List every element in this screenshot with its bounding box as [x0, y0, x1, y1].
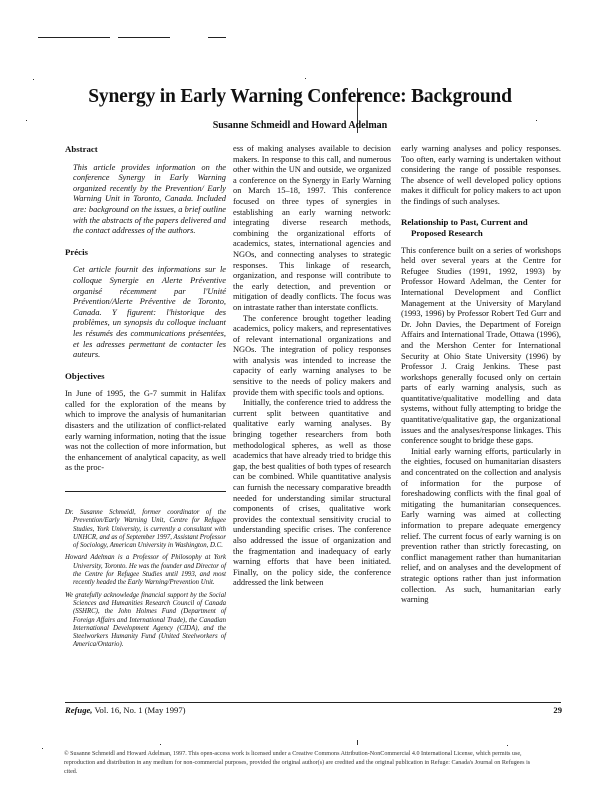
top-scan-rule	[208, 37, 226, 38]
footnote-rule	[65, 491, 226, 492]
section-heading-relationship: Relationship to Past, Current and Propos…	[401, 217, 561, 239]
precis-text: Cet article fournit des informations sur…	[73, 265, 226, 360]
page-number: 29	[548, 705, 562, 715]
journal-citation: Refuge, Vol. 16, No. 1 (May 1997)	[65, 705, 185, 715]
column-3: early warning analyses and policy respon…	[401, 144, 561, 606]
top-scan-rule	[38, 37, 110, 38]
scan-tick	[357, 740, 358, 745]
body-paragraph: Initial early warning efforts, particula…	[401, 447, 561, 606]
precis-heading: Précis	[65, 247, 226, 258]
objectives-text: In June of 1995, the G-7 summit in Halif…	[65, 389, 226, 474]
body-paragraph: The conference brought together leading …	[233, 314, 391, 399]
footnote-schmeidl: Dr. Susanne Schmeidl, former coordinator…	[65, 509, 226, 550]
footnotes: Dr. Susanne Schmeidl, former coordinator…	[65, 509, 226, 654]
scan-speck	[42, 748, 43, 749]
license-notice: © Susanne Schmeidl and Howard Adelman, 1…	[64, 750, 544, 777]
footnote-acknowledgement: We gratefully acknowledge financial supp…	[65, 592, 226, 650]
scan-speck	[305, 78, 306, 79]
footnote-adelman: Howard Adelman is a Professor of Philoso…	[65, 554, 226, 587]
scan-speck	[33, 79, 34, 80]
column-2: ess of making analyses available to deci…	[233, 144, 391, 589]
scan-speck	[160, 744, 161, 745]
body-paragraph: ess of making analyses available to deci…	[233, 144, 391, 314]
footer-rule	[65, 702, 561, 703]
section-heading-line-2: Proposed Research	[401, 228, 561, 239]
abstract-heading: Abstract	[65, 144, 226, 155]
journal-issue: Vol. 16, No. 1 (May 1997)	[92, 705, 185, 715]
body-paragraph: early warning analyses and policy respon…	[401, 144, 561, 208]
section-heading-line-1: Relationship to Past, Current and	[401, 217, 528, 227]
column-1: Abstract This article provides informati…	[65, 144, 226, 474]
objectives-heading: Objectives	[65, 371, 226, 382]
top-scan-rule	[118, 37, 170, 38]
article-title: Synergy in Early Warning Conference: Bac…	[0, 86, 600, 108]
journal-name: Refuge,	[65, 705, 92, 715]
scan-speck	[507, 745, 508, 746]
article-authors: Susanne Schmeidl and Howard Adelman	[0, 120, 600, 131]
abstract-text: This article provides information on the…	[73, 163, 226, 237]
body-paragraph: Initially, the conference tried to addre…	[233, 398, 391, 589]
body-paragraph: This conference built on a series of wor…	[401, 246, 561, 447]
